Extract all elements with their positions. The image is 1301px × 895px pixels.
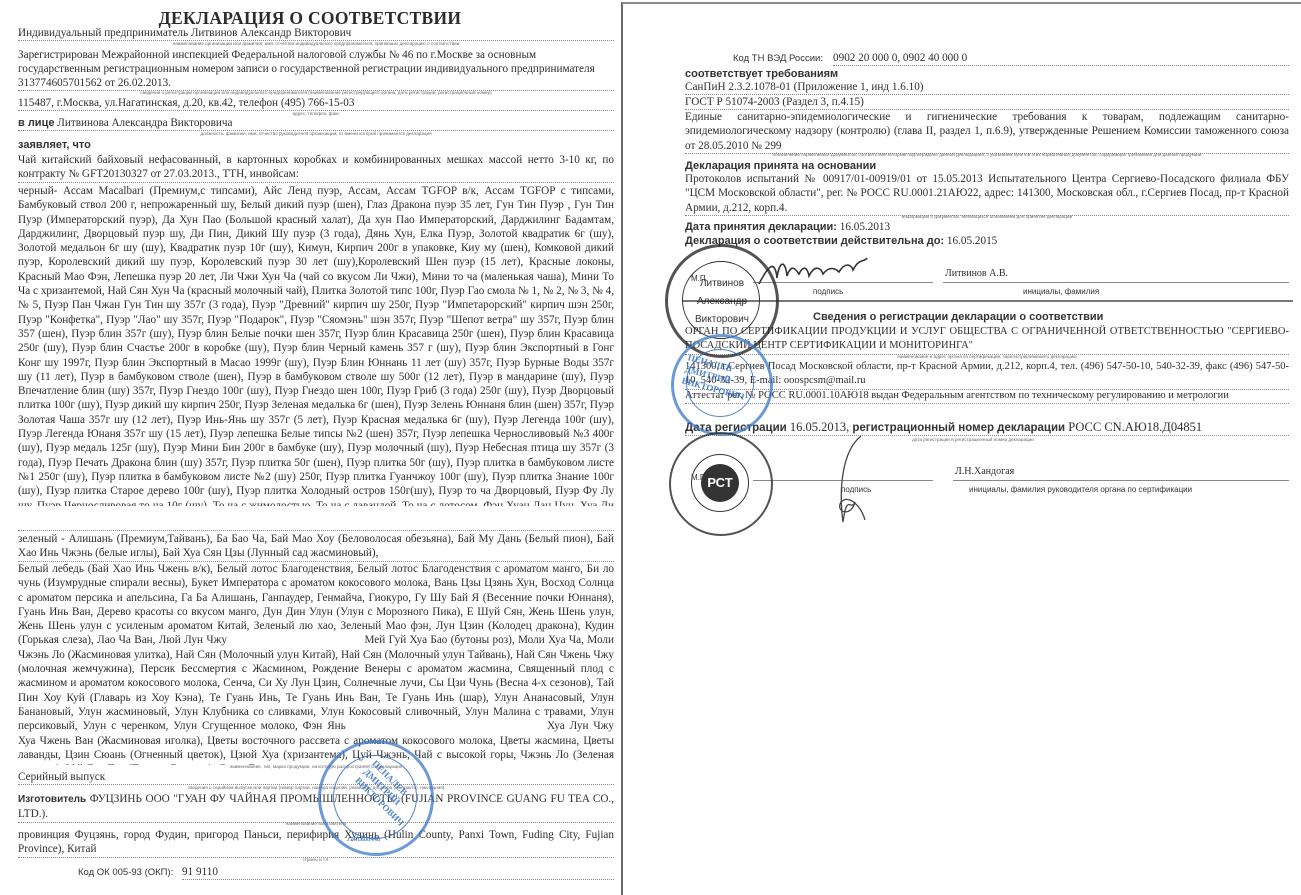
head-caption: инициалы, фамилия руководителя органа по… bbox=[969, 483, 1192, 497]
applicant-caption: наименование организации или фамилия, им… bbox=[18, 41, 614, 47]
reg-date: 16.05.2013, bbox=[790, 420, 849, 434]
head-mp-label: М.П. bbox=[691, 471, 708, 485]
registration-row: Дата регистрации 16.05.2013, регистрацио… bbox=[685, 420, 1289, 436]
represented-name: Литвинова Александра Викторовича bbox=[57, 117, 232, 129]
reg-caption: дата регистрации и регистрационный номер… bbox=[823, 437, 1123, 443]
requirement-3: Единые санитарно-эпидемиологические и ги… bbox=[685, 110, 1289, 154]
basis-text: Протоколов испытаний № 00917/01-00919/01… bbox=[685, 172, 1289, 216]
mp-label: М.П. bbox=[691, 272, 708, 286]
cert-body: ОРГАН ПО СЕРТИФИКАЦИИ ПРОДУКЦИИ И УСЛУГ … bbox=[685, 325, 1289, 355]
serial-caption: сведения о серийном выпуске или партии (… bbox=[18, 785, 614, 791]
signature-caption: подпись bbox=[813, 285, 843, 299]
cert-body-address: 141300, г.Сергиев Посад Московской облас… bbox=[685, 360, 1289, 390]
manufacturer-address: провинция Фуцзянь, город Фудин, пригород… bbox=[18, 828, 614, 858]
declaration-page-2: Код ТН ВЭД России: 0902 20 000 0, 0902 4… bbox=[621, 2, 1301, 895]
accreditation: Аттестат рег. № РОСС RU.0001.10АЮ18 выда… bbox=[685, 389, 1289, 404]
registration-line-2: государственным регистрационным номером … bbox=[18, 62, 595, 76]
registration-heading: Сведения о регистрации декларации о соот… bbox=[813, 310, 1103, 324]
head-name-line bbox=[953, 480, 1289, 481]
reg-date-label: Дата регистрации bbox=[685, 422, 787, 434]
head-signature-caption: подпись bbox=[841, 483, 871, 497]
reg-number-label: регистрационный номер декларации bbox=[852, 422, 1065, 434]
signer-caption: инициалы, фамилия bbox=[1023, 285, 1099, 299]
valid-until-label: Декларация о соответствии действительна … bbox=[685, 235, 944, 247]
head-signature bbox=[821, 432, 881, 532]
applicant-stamp-line: Александр bbox=[668, 293, 776, 311]
manufacturer-name: ФУЦЗИНЬ ООО "ГУАН ФУ ЧАЙНАЯ ПРОМЫШЛЕННОС… bbox=[18, 793, 614, 820]
complies-label: соответствует требованиям bbox=[685, 67, 838, 81]
applicant-stamp-line: Литвинов bbox=[668, 275, 776, 293]
tnved-value: 0902 20 000 0, 0902 40 000 0 bbox=[833, 51, 1289, 66]
manufacturer-caption: наименование изготовителя bbox=[18, 821, 614, 827]
acceptance-date-row: Дата принятия декларации: 16.05.2013 bbox=[685, 220, 890, 234]
applicant-name: Индивидуальный предприниматель Литвинов … bbox=[18, 26, 614, 41]
represented-caption: должность, фамилия, имя, отчество руково… bbox=[18, 131, 614, 137]
registration-line-1: Зарегистрирован Межрайонной инспекцией Ф… bbox=[18, 48, 536, 62]
acceptance-date-label: Дата принятия декларации: bbox=[685, 221, 837, 233]
valid-until-row: Декларация о соответствии действительна … bbox=[685, 234, 997, 248]
requirements-caption: обозначение нормативных документов, соот… bbox=[685, 152, 1289, 158]
black-tea-list: черный- Ассам Macalbari (Премиум,с типса… bbox=[18, 184, 614, 506]
signer-line bbox=[943, 282, 1289, 283]
requirement-2: ГОСТ Р 51074-2003 (Раздел 3, п.4.15) bbox=[685, 95, 1289, 110]
other-tea-list: Белый лебедь (Бай Хао Инь Чжень в/к), Бе… bbox=[18, 562, 614, 765]
represented-by-row: в лице Литвинова Александра Викторовича bbox=[18, 116, 614, 131]
signature-line bbox=[753, 282, 933, 283]
serial-release: Серийный выпуск bbox=[18, 770, 614, 785]
head-name: Л.Н.Хандогая bbox=[955, 465, 1014, 479]
manufacturer-row: Изготовитель ФУЦЗИНЬ ООО "ГУАН ФУ ЧАЙНАЯ… bbox=[18, 792, 614, 823]
requirement-1: СанПиН 2.3.2.1078-01 (Приложение 1, инд … bbox=[685, 80, 1289, 95]
manufacturer-label: Изготовитель bbox=[18, 794, 86, 805]
divider bbox=[18, 530, 614, 531]
represented-label: в лице bbox=[18, 117, 54, 129]
applicant-address: 115487, г.Москва, ул.Нагатинская, д.20, … bbox=[18, 96, 614, 111]
okp-label: Код ОК 005-93 (ОКП): bbox=[78, 866, 173, 880]
head-signature-line bbox=[753, 480, 933, 481]
acceptance-date: 16.05.2013 bbox=[840, 221, 890, 233]
green-tea-list: зеленый - Алишань (Премиум,Тайвань), Ба … bbox=[18, 532, 614, 561]
manufacturer-address-caption: страны и т.п. bbox=[18, 857, 614, 863]
reg-number: РОСС CN.АЮ18.Д04851 bbox=[1068, 420, 1202, 434]
declaration-page-1: ДЕКЛАРАЦИЯ О СООТВЕТСТВИИ Индивидуальный… bbox=[0, 0, 618, 895]
registration-line-3: 313774605701562 от 26.02.2013. bbox=[18, 76, 614, 91]
valid-until-date: 16.05.2015 bbox=[947, 235, 997, 247]
certification-stamp: РСТ bbox=[669, 432, 773, 536]
section-divider bbox=[683, 300, 1293, 302]
basis-label: Декларация принята на основании bbox=[685, 159, 876, 173]
signer-name: Литвинов А.В. bbox=[945, 267, 1008, 281]
product-intro: Чай китайский байховый нефасованный, в к… bbox=[18, 153, 614, 183]
declares-label: заявляет, что bbox=[18, 138, 91, 152]
tnved-label: Код ТН ВЭД России: bbox=[733, 52, 823, 66]
okp-value: 91 9110 bbox=[182, 865, 614, 880]
